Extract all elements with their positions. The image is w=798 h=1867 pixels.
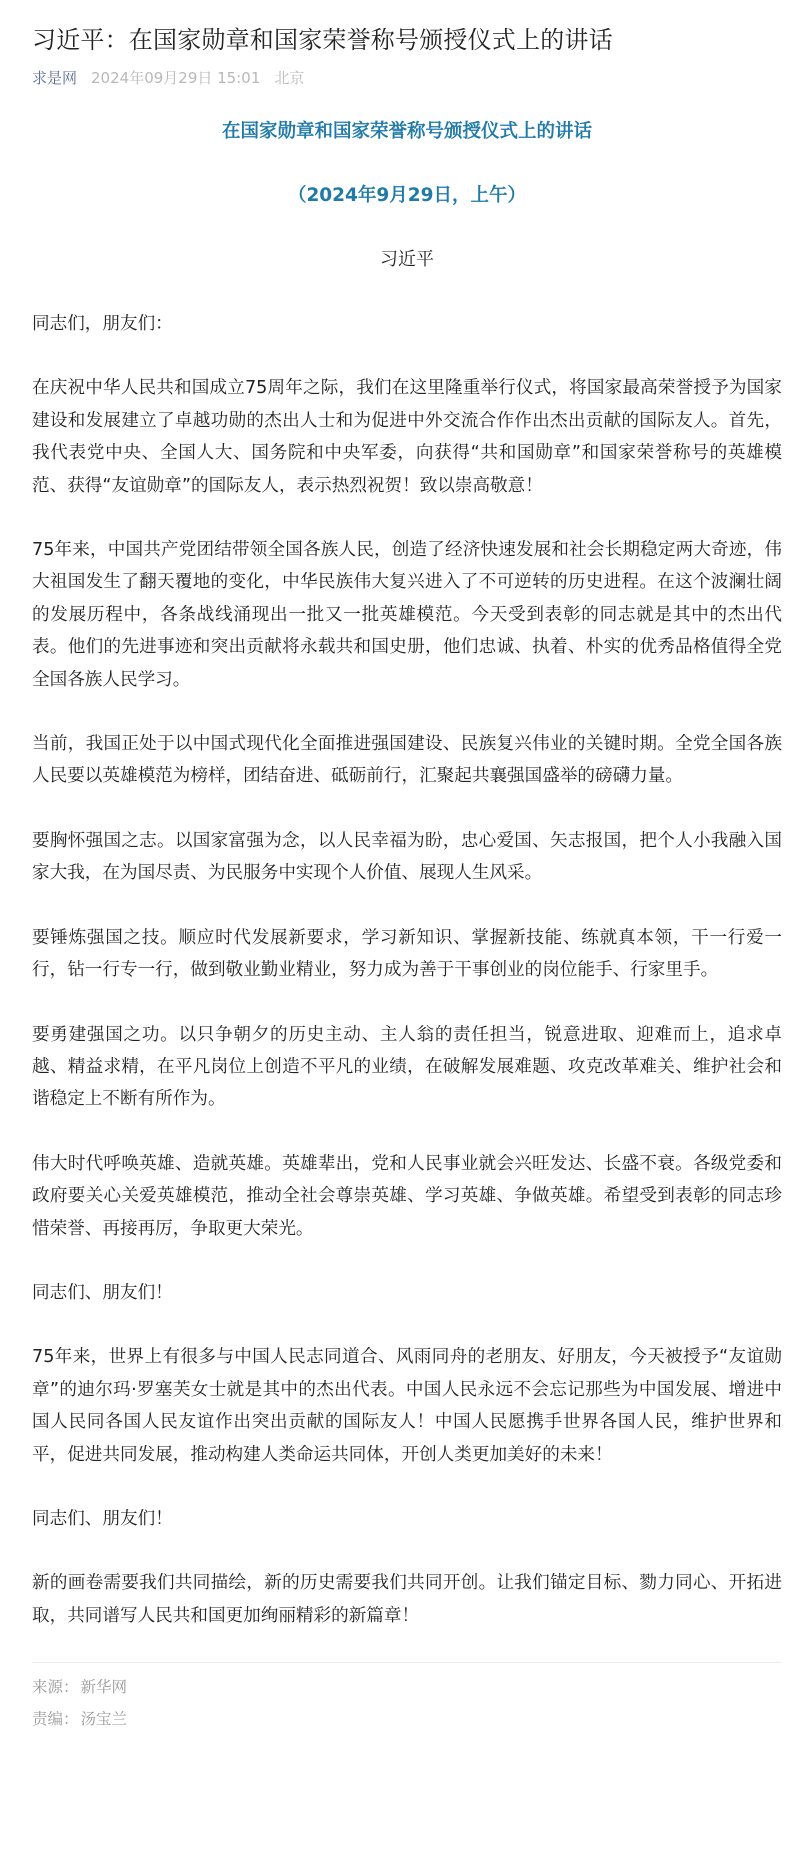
speech-date: （2024年9月29日，上午） xyxy=(32,180,782,212)
footer-editor: 责编：汤宝兰 xyxy=(32,1703,782,1735)
footer-editor-label: 责编： xyxy=(32,1710,79,1728)
paragraph: 在庆祝中华人民共和国成立75周年之际，我们在这里隆重举行仪式，将国家最高荣誉授予… xyxy=(32,372,782,502)
footer-source: 来源：新华网 xyxy=(32,1671,782,1703)
paragraph: 要胸怀强国之志。以国家富强为念，以人民幸福为盼，忠心爱国、矢志报国，把个人小我融… xyxy=(32,825,782,890)
article-body: 在国家勋章和国家荣誉称号颁授仪式上的讲话 （2024年9月29日，上午） 习近平… xyxy=(32,116,782,1735)
paragraph: 75年来，世界上有很多与中国人民志同道合、风雨同舟的老朋友、好朋友，今天被授予“… xyxy=(32,1341,782,1471)
paragraph: 新的画卷需要我们共同描绘，新的历史需要我们共同开创。让我们锚定目标、勠力同心、开… xyxy=(32,1567,782,1632)
footer-editor-value: 汤宝兰 xyxy=(81,1710,128,1728)
paragraph-greeting: 同志们、朋友们！ xyxy=(32,1503,782,1535)
article-title: 习近平：在国家勋章和国家荣誉称号颁授仪式上的讲话 xyxy=(32,0,782,56)
footer-source-label: 来源： xyxy=(32,1678,79,1696)
paragraph: 当前，我国正处于以中国式现代化全面推进强国建设、民族复兴伟业的关键时期。全党全国… xyxy=(32,728,782,793)
paragraph: 要勇建强国之功。以只争朝夕的历史主动、主人翁的责任担当，锐意进取、迎难而上，追求… xyxy=(32,1019,782,1116)
source-link[interactable]: 求是网 xyxy=(32,68,77,88)
paragraph: 伟大时代呼唤英雄、造就英雄。英雄辈出，党和人民事业就会兴旺发达、长盛不衰。各级党… xyxy=(32,1148,782,1245)
paragraph: 要锤炼强国之技。顺应时代发展新要求，学习新知识、掌握新技能、练就真本领，干一行爱… xyxy=(32,922,782,987)
publish-datetime: 2024年09月29日 15:01 xyxy=(91,68,260,88)
speech-author: 习近平 xyxy=(32,244,782,276)
publish-location: 北京 xyxy=(274,68,304,88)
article-meta: 求是网 2024年09月29日 15:01 北京 xyxy=(32,68,782,88)
speech-heading: 在国家勋章和国家荣誉称号颁授仪式上的讲话 xyxy=(32,116,782,148)
paragraph: 75年来，中国共产党团结带领全国各族人民，创造了经济快速发展和社会长期稳定两大奇… xyxy=(32,534,782,696)
paragraph-greeting: 同志们、朋友们！ xyxy=(32,1277,782,1309)
paragraph-greeting: 同志们，朋友们： xyxy=(32,308,782,340)
footer-divider xyxy=(32,1662,782,1663)
footer-source-value: 新华网 xyxy=(81,1678,128,1696)
article-page: 习近平：在国家勋章和国家荣誉称号颁授仪式上的讲话 求是网 2024年09月29日… xyxy=(0,0,798,1735)
